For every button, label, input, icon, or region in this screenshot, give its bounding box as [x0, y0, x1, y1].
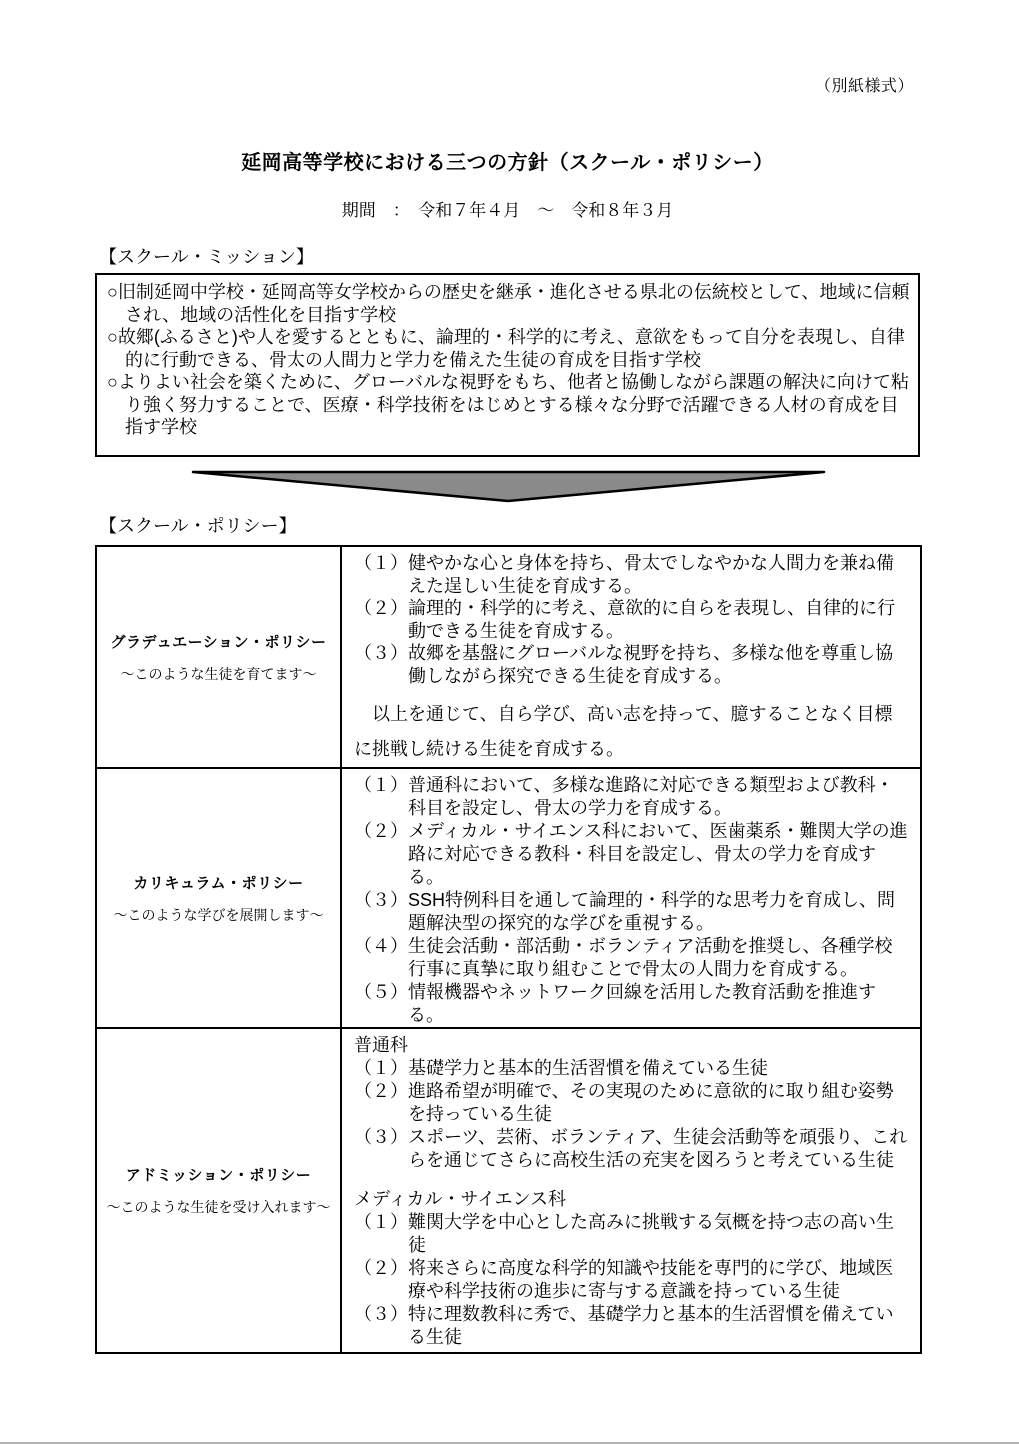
policy-item: （３）SSH特例科目を通して論理的・科学的な思考力を育成し、問題解決型の探究的な… — [354, 889, 910, 935]
policy-content-cell: （１）健やかな心と身体を持ち、骨太でしなやかな人間力を兼ね備えた逞しい生徒を育成… — [341, 546, 921, 768]
down-arrow-icon — [190, 469, 827, 504]
policy-table: グラデュエーション・ポリシー ～このような生徒を育てます～ （１）健やかな心と身… — [95, 545, 922, 1354]
table-row-graduation-policy: グラデュエーション・ポリシー ～このような生徒を育てます～ （１）健やかな心と身… — [96, 546, 921, 768]
policy-name-cell: アドミッション・ポリシー ～このような生徒を受け入れます～ — [96, 1028, 341, 1353]
period-text: 期間 ： 令和７年４月 ～ 令和８年３月 — [95, 196, 920, 221]
mission-item: ○よりよい社会を築くために、グローバルな視野をもち、他者と協働しながら課題の解決… — [107, 371, 910, 439]
table-row-admission-policy: アドミッション・ポリシー ～このような生徒を受け入れます～ 普通科 （１）基礎学… — [96, 1028, 921, 1353]
department-section-medical-science: メディカル・サイエンス科 （１）難関大学を中心とした高みに挑戦する気概を持つ志の… — [354, 1188, 910, 1349]
policy-item: （３）故郷を基盤にグローバルな視野を持ち、多様な他を尊重し協働しながら探究できる… — [354, 642, 910, 687]
policy-item: （３）スポーツ、芸術、ボランティア、生徒会活動等を頑張り、これらを通じてさらに高… — [354, 1126, 910, 1172]
mission-item: ○故郷(ふるさと)や人を愛するとともに、論理的・科学的に考え、意欲をもって自分を… — [107, 326, 910, 371]
mission-box: ○旧制延岡中学校・延岡高等女学校からの歴史を継承・進化させる県北の伝統校として、… — [95, 273, 920, 457]
mission-item: ○旧制延岡中学校・延岡高等女学校からの歴史を継承・進化させる県北の伝統校として、… — [107, 281, 910, 326]
policy-section-label: 【スクール・ポリシー】 — [99, 512, 297, 538]
policy-title: カリキュラム・ポリシー — [103, 872, 334, 893]
policy-item: （２）論理的・科学的に考え、意欲的に自らを表現し、自律的に行動できる生徒を育成す… — [354, 597, 910, 642]
department-heading: 普通科 — [354, 1034, 910, 1057]
policy-item: （４）生徒会活動・部活動・ボランティア活動を推奨し、各種学校行事に真摯に取り組む… — [354, 935, 910, 981]
closing-statement: 以上を通じて、自ら学び、高い志を持って、臆することなく目標に挑戦し続ける生徒を育… — [354, 697, 910, 767]
policy-title: アドミッション・ポリシー — [103, 1164, 334, 1185]
policy-item: （２）将来さらに高度な科学的知識や技能を専門的に学び、地域医療や科学技術の進歩に… — [354, 1257, 910, 1303]
policy-name-cell: グラデュエーション・ポリシー ～このような生徒を育てます～ — [96, 546, 341, 768]
policy-content-cell: 普通科 （１）基礎学力と基本的生活習慣を備えている生徒 （２）進路希望が明確で、… — [341, 1028, 921, 1353]
policy-item: （１）難関大学を中心とした高みに挑戦する気概を持つ志の高い生徒 — [354, 1211, 910, 1257]
policy-subtitle: ～このような生徒を育てます～ — [103, 664, 334, 684]
policy-item: （１）普通科において、多様な進路に対応できる類型および教科・科目を設定し、骨太の… — [354, 774, 910, 820]
policy-subtitle: ～このような生徒を受け入れます～ — [103, 1197, 334, 1217]
policy-item: （１）基礎学力と基本的生活習慣を備えている生徒 — [354, 1057, 910, 1080]
policy-item: （２）メディカル・サイエンス科において、医歯薬系・難関大学の進路に対応できる教科… — [354, 820, 910, 889]
table-row-curriculum-policy: カリキュラム・ポリシー ～このような学びを展開します～ （１）普通科において、多… — [96, 768, 921, 1028]
policy-item: （２）進路希望が明確で、その実現のために意欲的に取り組む姿勢を持っている生徒 — [354, 1080, 910, 1126]
policy-name-cell: カリキュラム・ポリシー ～このような学びを展開します～ — [96, 768, 341, 1028]
department-section-futsuka: 普通科 （１）基礎学力と基本的生活習慣を備えている生徒 （２）進路希望が明確で、… — [354, 1034, 910, 1172]
policy-title: グラデュエーション・ポリシー — [103, 631, 334, 652]
policy-item: （１）健やかな心と身体を持ち、骨太でしなやかな人間力を兼ね備えた逞しい生徒を育成… — [354, 552, 910, 597]
mission-section-label: 【スクール・ミッション】 — [99, 243, 314, 269]
policy-subtitle: ～このような学びを展開します～ — [103, 905, 334, 925]
policy-item: （５）情報機器やネットワーク回線を活用した教育活動を推進する。 — [354, 981, 910, 1027]
policy-content-cell: （１）普通科において、多様な進路に対応できる類型および教科・科目を設定し、骨太の… — [341, 768, 921, 1028]
page-title: 延岡高等学校における三つの方針（スクール・ポリシー） — [95, 146, 920, 175]
policy-item: （３）特に理数教科に秀で、基礎学力と基本的生活習慣を備えている生徒 — [354, 1303, 910, 1349]
corner-note: （別紙様式） — [815, 73, 914, 96]
department-heading: メディカル・サイエンス科 — [354, 1188, 910, 1211]
